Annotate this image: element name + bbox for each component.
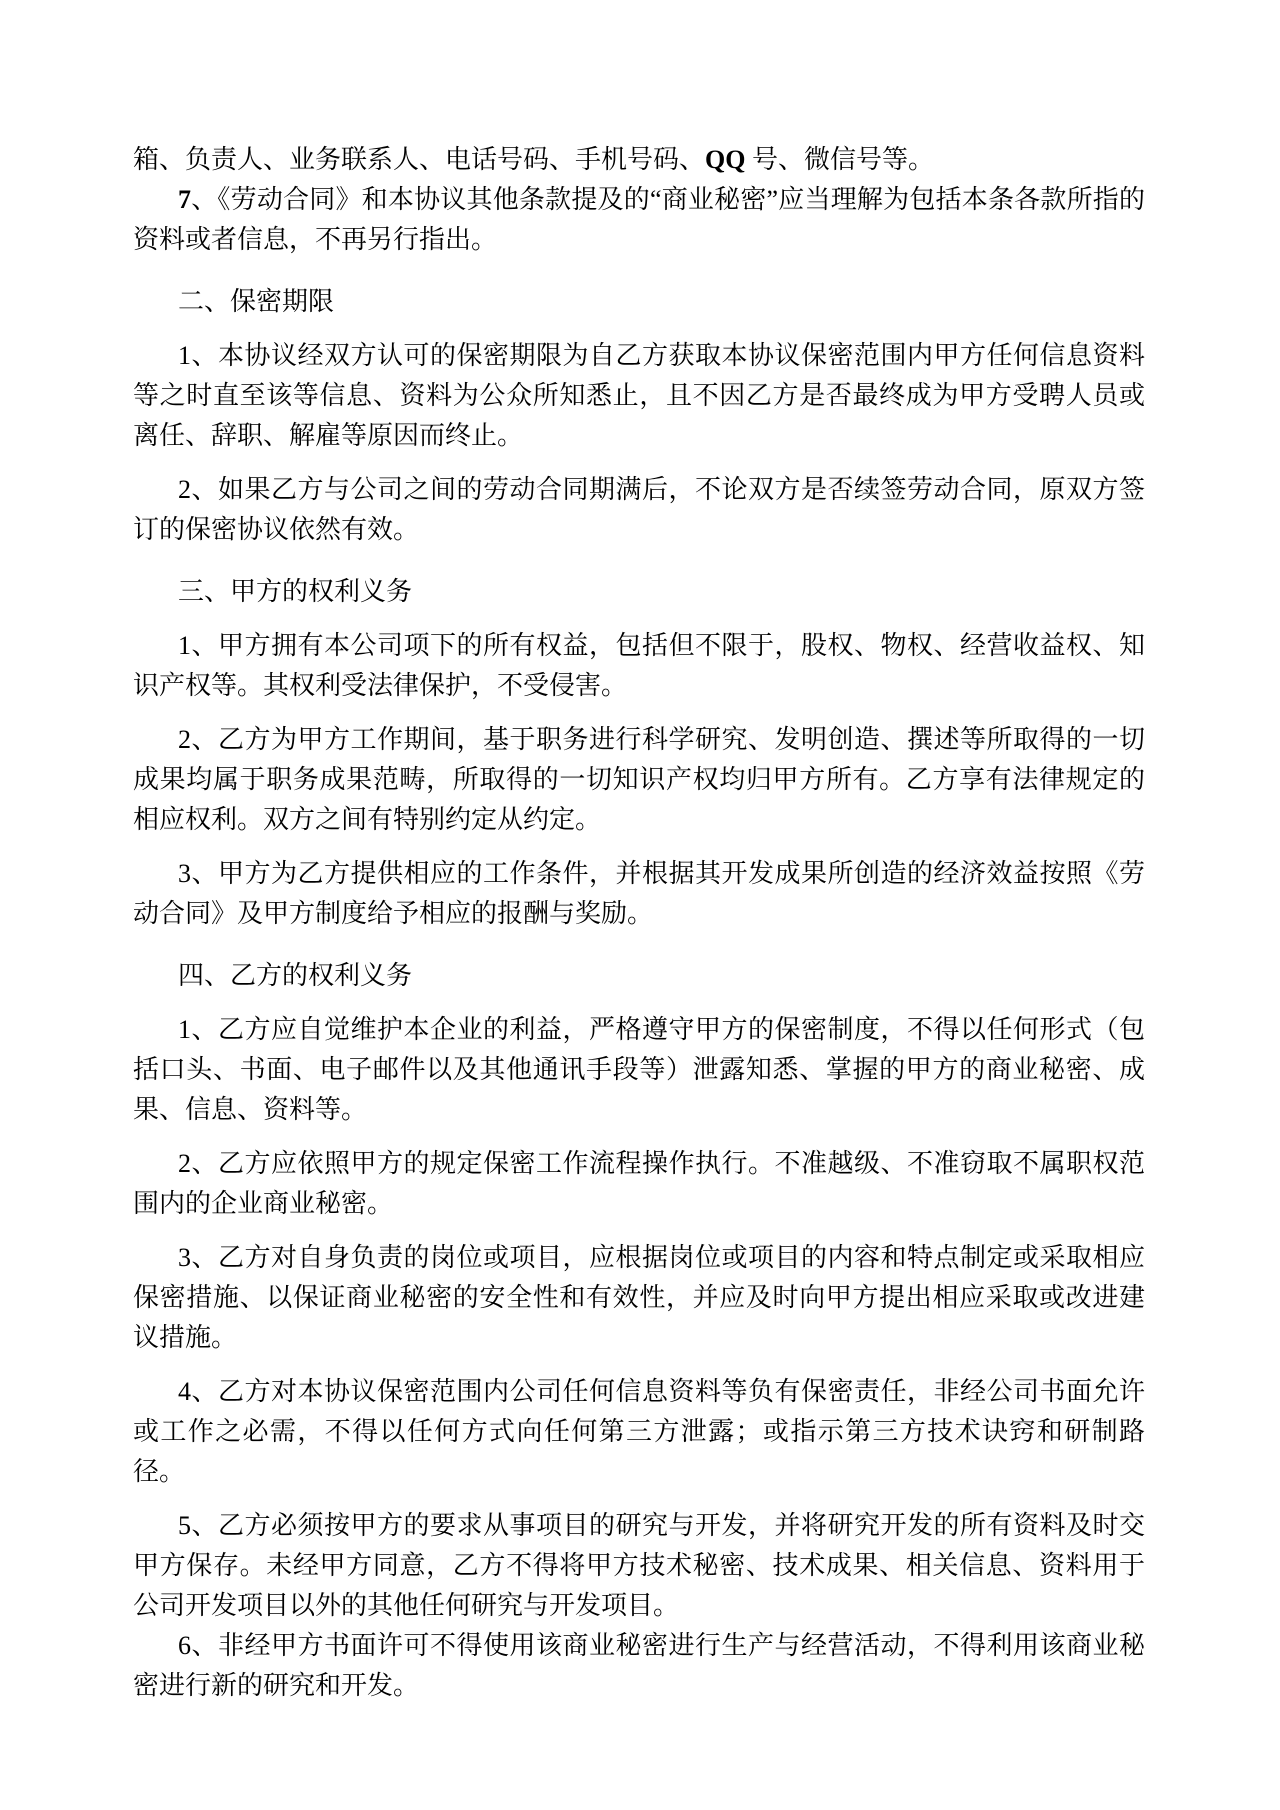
- text-run: 、《劳动合同》和本协议其他条款提及的“商业秘密”应当理解为包括本条各款所指的资料…: [133, 185, 1145, 254]
- section4-clause-4: 4、乙方对本协议保密范围内公司任何信息资料等负有保密责任，非经公司书面允许或工作…: [133, 1372, 1145, 1492]
- text-run: 1、乙方应自觉维护本企业的利益，严格遵守甲方的保密制度，不得以任何形式（包括口头…: [133, 1015, 1145, 1124]
- section4-clause-5: 5、乙方必须按甲方的要求从事项目的研究与开发，并将研究开发的所有资料及时交甲方保…: [133, 1506, 1145, 1626]
- text-run: 2、乙方应依照甲方的规定保密工作流程操作执行。不准越级、不准窃取不属职权范围内的…: [133, 1149, 1145, 1218]
- text-run: 二、保密期限: [178, 287, 334, 316]
- text-run: 3、甲方为乙方提供相应的工作条件，并根据其开发成果所创造的经济效益按照《劳动合同…: [133, 859, 1145, 928]
- text-run-bold: 7: [178, 185, 191, 214]
- section4-clause-1: 1、乙方应自觉维护本企业的利益，严格遵守甲方的保密制度，不得以任何形式（包括口头…: [133, 1010, 1145, 1130]
- clause-7: 7、《劳动合同》和本协议其他条款提及的“商业秘密”应当理解为包括本条各款所指的资…: [133, 180, 1145, 260]
- section-heading-2-confidentiality-period: 二、保密期限: [133, 282, 1145, 322]
- text-run: 1、甲方拥有本公司项下的所有权益，包括但不限于，股权、物权、经营收益权、知识产权…: [133, 631, 1145, 700]
- text-run: 2、如果乙方与公司之间的劳动合同期满后，不论双方是否续签劳动合同，原双方签订的保…: [133, 475, 1145, 544]
- text-run: 三、甲方的权利义务: [178, 577, 412, 606]
- section4-clause-3: 3、乙方对自身负责的岗位或项目，应根据岗位或项目的内容和特点制定或采取相应保密措…: [133, 1238, 1145, 1358]
- section-heading-3-party-a-rights: 三、甲方的权利义务: [133, 572, 1145, 612]
- text-run: 6、非经甲方书面许可不得使用该商业秘密进行生产与经营活动，不得利用该商业秘密进行…: [133, 1631, 1145, 1700]
- section2-clause-2: 2、如果乙方与公司之间的劳动合同期满后，不论双方是否续签劳动合同，原双方签订的保…: [133, 470, 1145, 550]
- text-run: 号、微信号等。: [745, 145, 934, 174]
- clause-6-continuation: 箱、负责人、业务联系人、电话号码、手机号码、QQ 号、微信号等。: [133, 140, 1145, 180]
- section2-clause-1: 1、本协议经双方认可的保密期限为自乙方获取本协议保密范围内甲方任何信息资料等之时…: [133, 336, 1145, 456]
- text-run: 箱、负责人、业务联系人、电话号码、手机号码、: [133, 145, 705, 174]
- section3-clause-1: 1、甲方拥有本公司项下的所有权益，包括但不限于，股权、物权、经营收益权、知识产权…: [133, 626, 1145, 706]
- document-page: 箱、负责人、业务联系人、电话号码、手机号码、QQ 号、微信号等。 7、《劳动合同…: [0, 0, 1280, 1810]
- text-run: 四、乙方的权利义务: [178, 961, 412, 990]
- section4-clause-2: 2、乙方应依照甲方的规定保密工作流程操作执行。不准越级、不准窃取不属职权范围内的…: [133, 1144, 1145, 1224]
- text-run: 4、乙方对本协议保密范围内公司任何信息资料等负有保密责任，非经公司书面允许或工作…: [133, 1377, 1145, 1486]
- section3-clause-2: 2、乙方为甲方工作期间，基于职务进行科学研究、发明创造、撰述等所取得的一切成果均…: [133, 720, 1145, 840]
- document-content: 箱、负责人、业务联系人、电话号码、手机号码、QQ 号、微信号等。 7、《劳动合同…: [133, 140, 1145, 1706]
- text-run: 5、乙方必须按甲方的要求从事项目的研究与开发，并将研究开发的所有资料及时交甲方保…: [133, 1511, 1145, 1620]
- text-run-bold: QQ: [705, 145, 745, 174]
- section3-clause-3: 3、甲方为乙方提供相应的工作条件，并根据其开发成果所创造的经济效益按照《劳动合同…: [133, 854, 1145, 934]
- section-heading-4-party-b-rights: 四、乙方的权利义务: [133, 956, 1145, 996]
- text-run: 1、本协议经双方认可的保密期限为自乙方获取本协议保密范围内甲方任何信息资料等之时…: [133, 341, 1145, 450]
- text-run: 2、乙方为甲方工作期间，基于职务进行科学研究、发明创造、撰述等所取得的一切成果均…: [133, 725, 1145, 834]
- text-run: 3、乙方对自身负责的岗位或项目，应根据岗位或项目的内容和特点制定或采取相应保密措…: [133, 1243, 1145, 1352]
- section4-clause-6: 6、非经甲方书面许可不得使用该商业秘密进行生产与经营活动，不得利用该商业秘密进行…: [133, 1626, 1145, 1706]
